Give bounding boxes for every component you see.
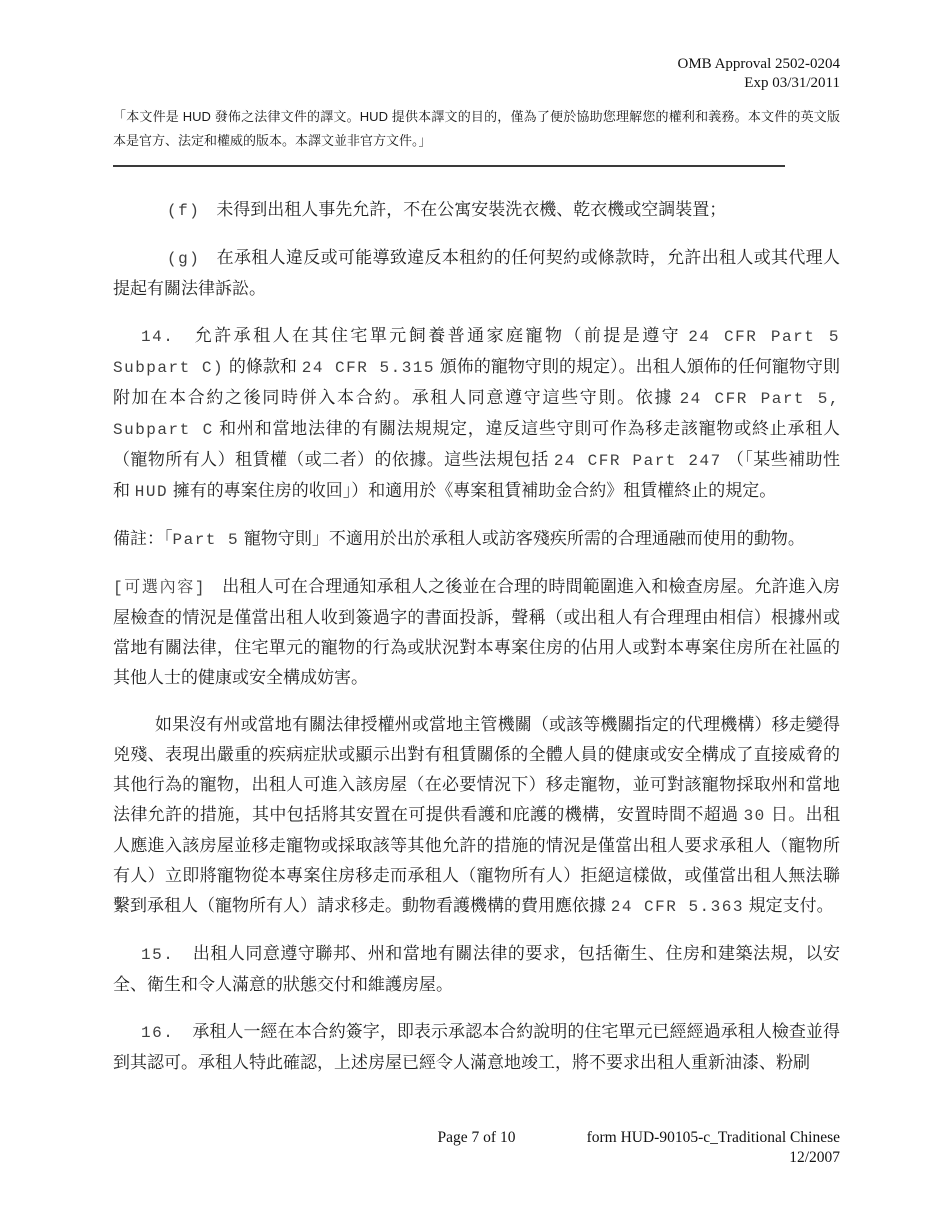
clause-14-label: 14. [141, 328, 174, 346]
note-text: 寵物守則」不適用於出於承租人或訪客殘疾所需的合理通融而使用的動物。 [239, 529, 805, 548]
clause-g-label: (g) [167, 250, 200, 268]
pet-removal-text: 如果沒有州或當地有關法律授權州或當地主管機關（或該等機關指定的代理機構）移走變得… [113, 715, 840, 824]
clause-g: (g)在承租人違反或可能導致違反本租約的任何契約或條款時，允許出租人或其代理人提… [113, 243, 840, 304]
form-identifier-block: form HUD-90105-c_Traditional Chinese 12/… [587, 1128, 840, 1168]
pet-removal-text: 規定支付。 [744, 896, 834, 915]
part5-citation: Part 5 [173, 531, 240, 549]
document-page: OMB Approval 2502-0204 Exp 03/31/2011 「本… [0, 0, 950, 1230]
clause-f: (f)未得到出租人事先允許，不在公寓安裝洗衣機、乾衣機或空調裝置； [113, 195, 840, 226]
hud-abbreviation: HUD [135, 483, 168, 501]
lease-body: (f)未得到出租人事先允許，不在公寓安裝洗衣機、乾衣機或空調裝置； (g)在承租… [113, 195, 840, 1078]
clause-16-text: 承租人一經在本合約簽字，即表示承認本合約說明的住宅單元已經經過承租人檢查並得到其… [113, 1022, 840, 1072]
form-number: form HUD-90105-c_Traditional Chinese [587, 1128, 840, 1148]
days-number: 30 [744, 807, 766, 825]
optional-content-label: [可選內容] [113, 579, 206, 597]
clause-14-text: 擁有的專案住房的收回」）和適用於《專案租賃補助金合約》租賃權終止的規定。 [168, 481, 776, 500]
clause-g-text: 在承租人違反或可能導致違反本租約的任何契約或條款時，允許出租人或其代理人提起有關… [113, 248, 840, 298]
cfr-citation: 24 CFR 5.363 [611, 898, 744, 916]
note-text: 備註：「 [113, 529, 173, 548]
cfr-citation: 24 CFR Part 247 [554, 452, 722, 470]
clause-16-label: 16. [141, 1024, 174, 1042]
translation-disclaimer: 「本文件是 HUD 發佈之法律文件的譯文。HUD 提供本譯文的目的，僅為了便於協… [113, 105, 840, 153]
clause-f-label: (f) [167, 202, 200, 220]
optional-content-text: 出租人可在合理通知承租人之後並在合理的時間範圍進入和檢查房屋。允許進入房屋檢查的… [113, 577, 840, 687]
clause-14: 14.允許承租人在其住宅單元飼養普通家庭寵物（前提是遵守 24 CFR Part… [113, 321, 840, 507]
form-date: 12/2007 [587, 1148, 840, 1168]
optional-content-paragraph: [可選內容]出租人可在合理通知承租人之後並在合理的時間範圍進入和檢查房屋。允許進… [113, 572, 840, 693]
omb-expiration-date: Exp 03/31/2011 [113, 74, 840, 93]
clause-16: 16.承租人一經在本合約簽字，即表示承認本合約說明的住宅單元已經經過承租人檢查並… [113, 1017, 840, 1078]
cfr-citation: 24 CFR 5.315 [302, 359, 435, 377]
pet-removal-paragraph: 如果沒有州或當地有關法律授權州或當地主管機關（或該等機關指定的代理機構）移走變得… [113, 710, 840, 922]
clause-15-text: 出租人同意遵守聯邦、州和當地有關法律的要求，包括衛生、住房和建築法規，以安全、衛… [113, 944, 840, 994]
omb-approval-number: OMB Approval 2502-0204 [113, 55, 840, 74]
horizontal-rule [113, 165, 785, 167]
omb-approval-block: OMB Approval 2502-0204 Exp 03/31/2011 [113, 55, 840, 93]
clause-15-label: 15. [141, 946, 174, 964]
clause-f-text: 未得到出租人事先允許，不在公寓安裝洗衣機、乾衣機或空調裝置； [216, 200, 726, 219]
clause-15: 15.出租人同意遵守聯邦、州和當地有關法律的要求，包括衛生、住房和建築法規，以安… [113, 939, 840, 1000]
clause-14-text: 的條款和 [224, 357, 302, 376]
clause-14-text: 允許承租人在其住宅單元飼養普通家庭寵物（前提是遵守 [192, 326, 688, 345]
note-paragraph: 備註：「Part 5 寵物守則」不適用於出於承租人或訪客殘疾所需的合理通融而使用… [113, 524, 840, 555]
